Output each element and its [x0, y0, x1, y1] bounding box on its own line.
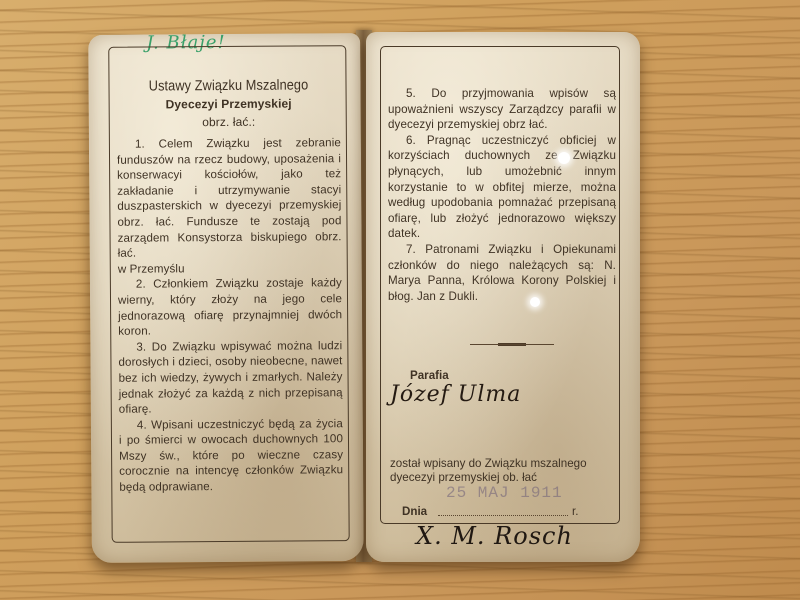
priest-signature: X. M. Rosch	[416, 522, 573, 550]
enrollment-text: został wpisany do Związku mszalnego dyec…	[390, 457, 618, 485]
left-page-text: Ustawy Związku Mszalnego Dyecezyi Przemy…	[116, 75, 343, 495]
left-page: J. Błaje! Ustawy Związku Mszalnego Dyece…	[88, 33, 364, 563]
member-name-handwritten: Józef Ulma	[390, 382, 521, 407]
year-suffix: r.	[572, 505, 578, 518]
date-line	[438, 515, 568, 516]
statute-paragraph-3: 3. Do Związku wpisywać można ludzi doros…	[118, 338, 343, 418]
date-label: Dnia	[402, 505, 427, 518]
document-title: Ustawy Związku Mszalnego	[130, 75, 327, 96]
date-stamp: 25 MAJ 1911	[446, 484, 563, 502]
statute-paragraph-2: 2. Członkiem Związku zostaje każdy wiern…	[118, 276, 342, 340]
rite-label: obrz. łać.:	[117, 111, 341, 133]
statute-paragraph-4: 4. Wpisani uczestniczyć będą za życia i …	[119, 416, 344, 496]
parish-label: Parafia	[410, 369, 449, 382]
light-glare	[530, 297, 540, 307]
diocese-subtitle: Dyecezyi Przemyskiej	[117, 95, 341, 113]
separator-rule	[498, 343, 526, 346]
statute-paragraph-city: w Przemyślu	[118, 260, 342, 277]
statute-paragraph-5: 5. Do przyjmowania wpisów są upoważnieni…	[388, 86, 616, 133]
light-glare	[558, 152, 570, 164]
statute-paragraph-1: 1. Celem Związku jest zebranie funduszów…	[117, 135, 342, 261]
statute-paragraph-7: 7. Patronami Związku i Opiekunami członk…	[388, 242, 616, 304]
right-page-text: 5. Do przyjmowania wpisów są upoważnieni…	[388, 86, 616, 304]
statute-paragraph-6: 6. Pragnąc uczestniczyć obficiej w korzy…	[388, 133, 616, 242]
right-page: 5. Do przyjmowania wpisów są upoważnieni…	[366, 32, 640, 562]
